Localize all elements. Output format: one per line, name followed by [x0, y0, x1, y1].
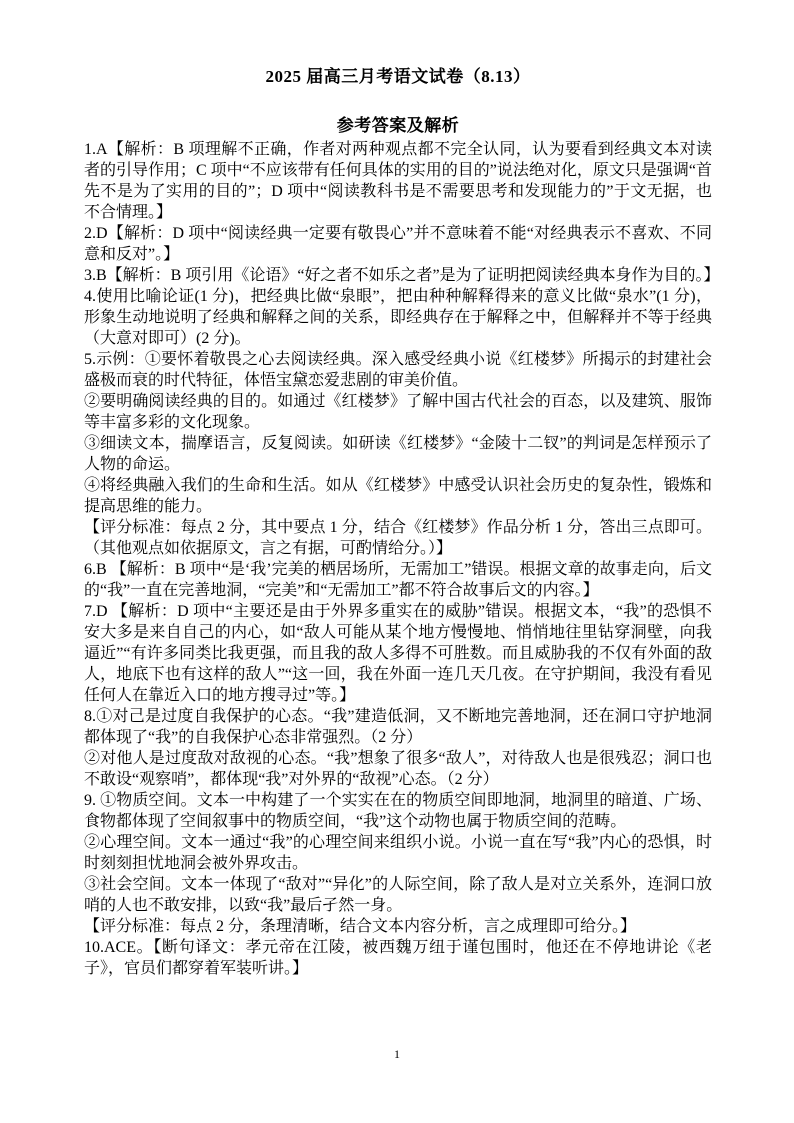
document-title: 2025 届高三月考语文试卷（8.13）	[84, 0, 712, 88]
answer-paragraph: 4.使用比喻论证(1 分)，把经典比做“泉眼”，把由种种解释得来的意义比做“泉水…	[84, 286, 712, 349]
answer-paragraph: 9. ①物质空间。文本一中构建了一个实实在在的物质空间即地洞，地洞里的暗道、广场…	[84, 790, 712, 832]
answer-paragraph: ④将经典融入我们的生命和生活。如从《红楼梦》中感受认识社会历史的复杂性，锻炼和提…	[84, 475, 712, 517]
answer-paragraph: 10.ACE。【断句译文：孝元帝在江陵，被西魏万纽于谨包围时，他还在不停地讲论《…	[84, 937, 712, 979]
page-number: 1	[0, 1047, 794, 1061]
answer-paragraph: 1.A【解析：B 项理解不正确，作者对两种观点都不完全认同，认为要看到经典文本对…	[84, 139, 712, 223]
document-subtitle: 参考答案及解析	[84, 115, 712, 137]
answer-paragraph: 6.B 【解析：B 项中“是‘我’完美的栖居场所，无需加工”错误。根据文章的故事…	[84, 559, 712, 601]
answer-paragraph: 7.D 【解析：D 项中“主要还是由于外界多重实在的威胁”错误。根据文本，“我”…	[84, 601, 712, 706]
answer-paragraph: ②要明确阅读经典的目的。如通过《红楼梦》了解中国古代社会的百态，以及建筑、服饰等…	[84, 391, 712, 433]
answer-paragraph: 【评分标准：每点 2 分，条理清晰，结合文本内容分析，言之成理即可给分。】	[84, 916, 712, 937]
answer-paragraph: 【评分标准：每点 2 分，其中要点 1 分，结合《红楼梦》作品分析 1 分，答出…	[84, 517, 712, 559]
answer-paragraph: ③细读文本，揣摩语言，反复阅读。如研读《红楼梦》“金陵十二钗”的判词是怎样预示了…	[84, 433, 712, 475]
answer-paragraphs: 1.A【解析：B 项理解不正确，作者对两种观点都不完全认同，认为要看到经典文本对…	[84, 139, 712, 979]
document-page: 2025 届高三月考语文试卷（8.13） 参考答案及解析 1.A【解析：B 项理…	[0, 0, 794, 1123]
answer-paragraph: 2.D【解析：D 项中“阅读经典一定要有敬畏心”并不意味着不能“对经典表示不喜欢…	[84, 223, 712, 265]
answer-paragraph: ②对他人是过度敌对敌视的心态。“我”想象了很多“敌人”，对待敌人也是很残忍；洞口…	[84, 748, 712, 790]
answer-paragraph: 8.①对己是过度自我保护的心态。“我”建造低洞，又不断地完善地洞，还在洞口守护地…	[84, 706, 712, 748]
answer-paragraph: ②心理空间。文本一通过“我”的心理空间来组织小说。小说一直在写“我”内心的恐惧，…	[84, 832, 712, 874]
answer-paragraph: ③社会空间。文本一体现了“敌对”“异化”的人际空间，除了敌人是对立关系外，连洞口…	[84, 874, 712, 916]
answer-paragraph: 3.B【解析：B 项引用《论语》“好之者不如乐之者”是为了证明把阅读经典本身作为…	[84, 265, 712, 286]
answer-paragraph: 5.示例：①要怀着敬畏之心去阅读经典。深入感受经典小说《红楼梦》所揭示的封建社会…	[84, 349, 712, 391]
